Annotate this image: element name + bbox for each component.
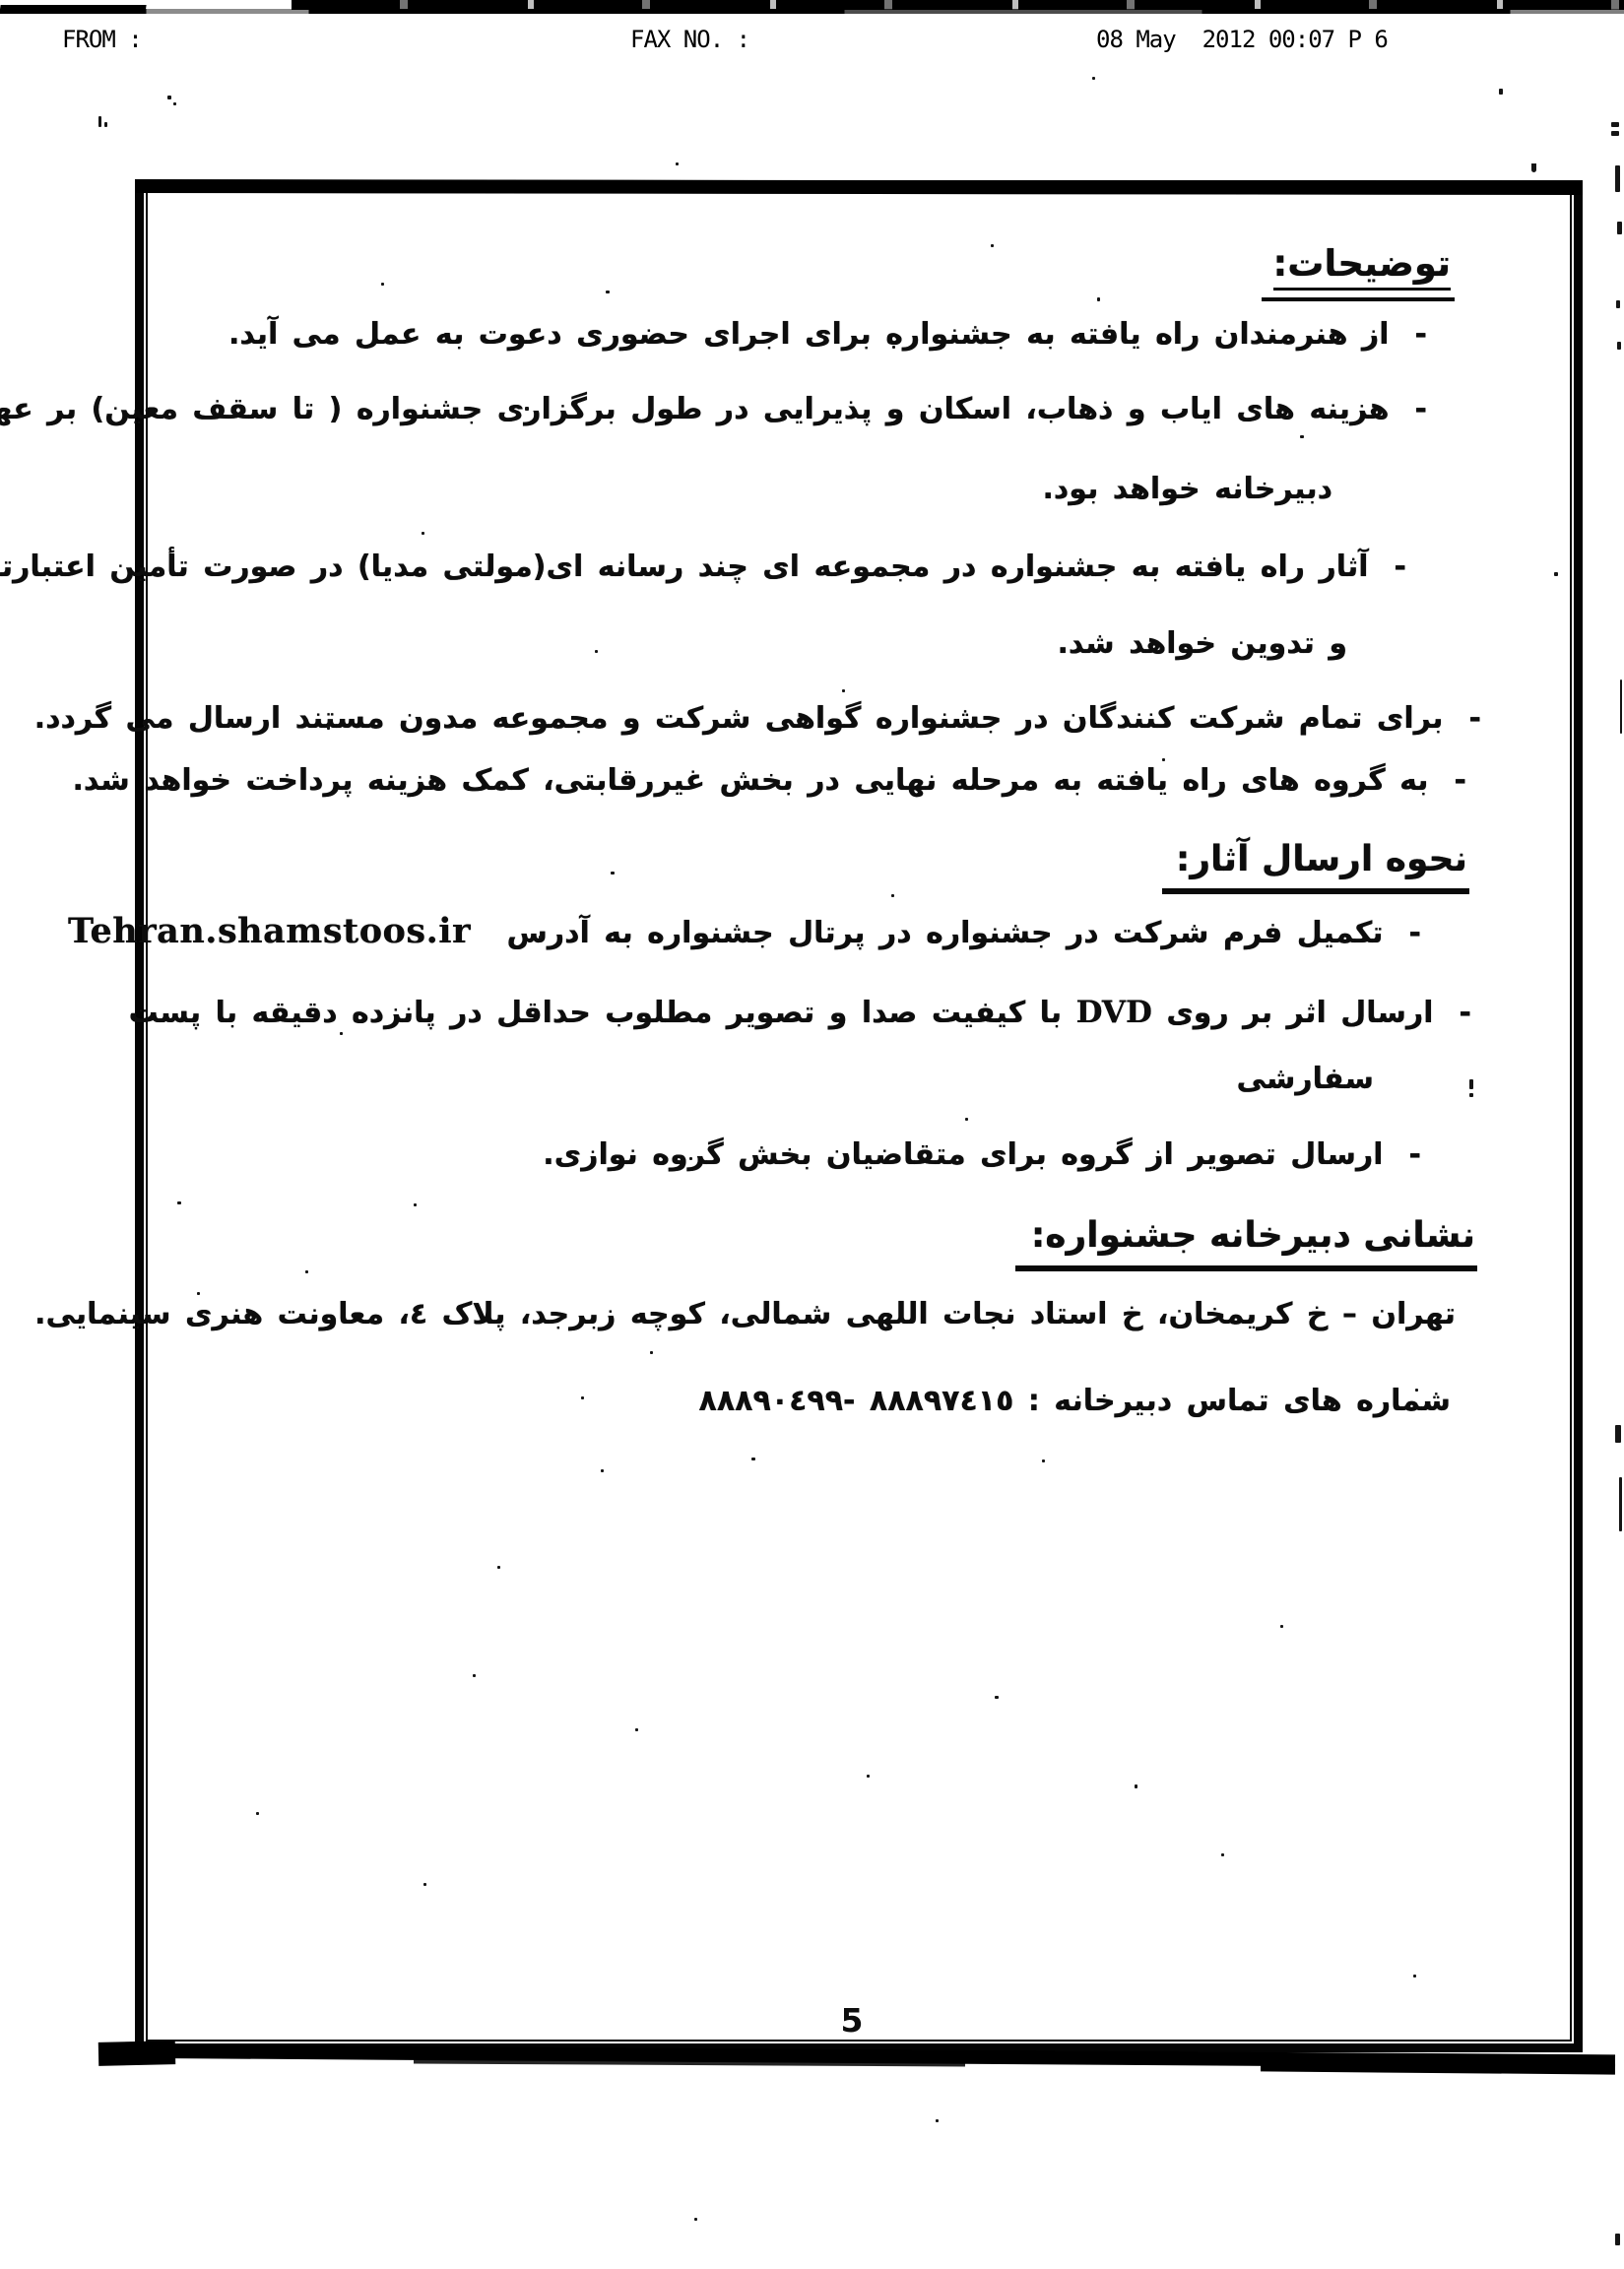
bullet-dash: -	[1395, 550, 1406, 584]
scan-noise	[1499, 89, 1503, 95]
scan-noise	[1042, 1459, 1045, 1462]
scan-noise	[1415, 1389, 1418, 1392]
scan-noise	[340, 1032, 343, 1035]
fax-page: { "fax_header": { "from_label": "FROM :"…	[0, 0, 1624, 2269]
bullet-item-costs-continued: دبیرخانه خواهد بود.	[1042, 472, 1332, 506]
scan-noise	[676, 162, 679, 165]
scan-noise	[1221, 1853, 1224, 1856]
scan-noise	[1280, 1625, 1283, 1628]
scan-noise	[606, 291, 610, 293]
bullet-text: ارسال اثر بر روی	[1166, 996, 1433, 1030]
scan-noise	[422, 532, 424, 535]
bullet-item-dvd: -ارسال اثر بر روی DVD با کیفیت صدا و تصو…	[129, 995, 1471, 1030]
scan-noise	[1469, 1079, 1473, 1089]
scan-noise	[1092, 77, 1095, 80]
scan-noise	[1097, 297, 1100, 301]
scan-margin-mark	[1611, 122, 1619, 127]
scan-noise	[473, 1674, 476, 1677]
secretariat-address-line: تهران – خ کریمخان، خ استاد نجات اللهی شم…	[34, 1297, 1456, 1331]
festival-portal-url: Tehran.shamstoos.ir	[68, 911, 471, 951]
scan-noise	[650, 1351, 653, 1354]
bullet-item-multimedia: -آثار راه یافته به جشنواره در مجموعه ای …	[0, 550, 1406, 584]
scan-margin-mark	[1616, 300, 1620, 308]
bullet-dash: -	[1409, 916, 1421, 950]
bullet-item-portal-form: -تکمیل فرم شرکت در جشنواره در پرتال جشنو…	[68, 911, 1421, 951]
scan-artifact-top-line	[0, 9, 1624, 14]
scan-noise	[305, 1270, 308, 1273]
scan-noise	[197, 1292, 200, 1295]
scan-margin-mark	[1619, 1477, 1622, 1531]
bullet-item-dvd-continued: سفارشی	[1237, 1062, 1374, 1096]
bullet-text: آثار راه یافته به جشنواره در مجموعه ای چ…	[0, 550, 1369, 584]
scan-noise	[414, 1203, 417, 1206]
scan-margin-mark	[1617, 342, 1621, 350]
scan-noise	[936, 2119, 939, 2122]
bullet-dash: -	[1455, 763, 1466, 798]
scan-noise	[892, 346, 895, 349]
bullet-text: برای تمام شرکت کنندگان در جشنواره گواهی …	[34, 701, 1444, 736]
section-heading-explanations: توضیحات:	[1262, 242, 1455, 301]
document-frame	[135, 180, 1583, 2052]
bullet-dash: -	[1469, 701, 1481, 736]
scan-noise	[1300, 435, 1304, 438]
bullet-text: به گروه های راه یافته به مرحله نهایی در …	[73, 763, 1429, 798]
scan-noise	[1135, 1784, 1137, 1788]
section-heading-address: نشانی دبیرخانه جشنواره:	[1015, 1215, 1477, 1271]
bullet-text: با کیفیت صدا و تصویر مطلوب حداقل در پانز…	[129, 996, 1063, 1030]
scan-margin-mark	[1617, 222, 1622, 234]
scan-margin-mark	[1615, 1425, 1621, 1443]
scan-noise	[256, 1812, 259, 1815]
scan-noise	[995, 1696, 999, 1699]
bullet-text: تکمیل فرم شرکت در جشنواره در پرتال جشنوا…	[506, 916, 1383, 950]
section-heading-submission: نحوه ارسال آثار:	[1162, 839, 1469, 894]
scan-noise	[891, 894, 894, 897]
scan-noise	[581, 1396, 584, 1399]
scan-margin-mark	[1611, 131, 1619, 136]
bullet-dash: -	[1415, 392, 1427, 426]
bullet-text: ارسال تصویر از گروه برای متقاضیان بخش گر…	[543, 1137, 1383, 1172]
secretariat-phone-line: شماره های تماس دبیرخانه : ٨٨٨٩٧٤١٥ -٨٨٨٩…	[699, 1384, 1451, 1418]
dvd-label: DVD	[1076, 995, 1152, 1030]
bullet-text: از هنرمندان راه یافته به جشنواره برای اج…	[228, 317, 1390, 352]
fax-datetime: 08 May 2012 00:07 P 6	[1096, 26, 1388, 53]
scan-noise	[601, 1469, 604, 1472]
scan-noise	[1469, 1093, 1473, 1097]
scan-noise	[694, 2218, 697, 2221]
scan-noise	[1554, 572, 1558, 576]
bullet-dash: -	[1460, 996, 1471, 1030]
scan-artifact-top-blob	[0, 5, 147, 14]
scan-noise	[1531, 163, 1536, 172]
scan-noise	[327, 726, 330, 730]
scan-noise	[1162, 758, 1165, 761]
scan-noise	[98, 116, 101, 127]
scan-noise	[539, 936, 542, 939]
scan-noise	[167, 96, 171, 99]
scan-noise	[177, 1201, 181, 1204]
fax-number-label: FAX NO. :	[630, 26, 749, 53]
bullet-item-invitation: -از هنرمندان راه یافته به جشنواره برای ا…	[228, 317, 1427, 352]
scan-noise	[689, 1157, 692, 1160]
bullet-text: هزینه های ایاب و ذهاب، اسکان و پذیرایی د…	[0, 392, 1390, 426]
scan-artifact-bottom-smear	[1261, 2060, 1615, 2074]
scan-margin-mark	[1620, 680, 1622, 734]
scan-artifact-frame-top	[135, 179, 1583, 195]
scan-noise	[842, 689, 845, 692]
bullet-dash: -	[1409, 1137, 1421, 1172]
scan-noise	[751, 1458, 755, 1460]
bullet-item-multimedia-continued: و تدوین خواهد شد.	[1057, 626, 1347, 661]
scan-noise	[104, 122, 107, 127]
bullet-item-group-photo: -ارسال تصویر از گروه برای متقاضیان بخش گ…	[543, 1137, 1421, 1172]
scan-noise	[991, 244, 994, 247]
scan-artifact-bottom-smear	[98, 2041, 175, 2066]
scan-margin-mark	[1615, 165, 1620, 192]
scan-noise	[867, 1775, 870, 1778]
scan-noise	[173, 102, 176, 105]
fax-from-label: FROM :	[62, 26, 142, 53]
page-number: 5	[817, 2001, 886, 2040]
scan-noise	[497, 1566, 500, 1569]
scan-noise	[635, 1728, 638, 1731]
scan-noise	[381, 283, 384, 286]
scan-noise	[965, 1118, 968, 1121]
bullet-item-certificate: -برای تمام شرکت کنندگان در جشنواره گواهی…	[34, 701, 1481, 736]
scan-noise	[595, 650, 598, 653]
scan-noise	[525, 407, 529, 411]
bullet-item-subsidy: -به گروه های راه یافته به مرحله نهایی در…	[73, 763, 1466, 798]
scan-margin-mark	[1615, 2234, 1620, 2245]
scan-noise	[423, 1883, 426, 1886]
bullet-item-costs: -هزینه های ایاب و ذهاب، اسکان و پذیرایی …	[0, 392, 1427, 426]
scan-noise	[611, 872, 615, 875]
bullet-dash: -	[1415, 317, 1427, 352]
scan-noise	[1413, 1975, 1416, 1977]
